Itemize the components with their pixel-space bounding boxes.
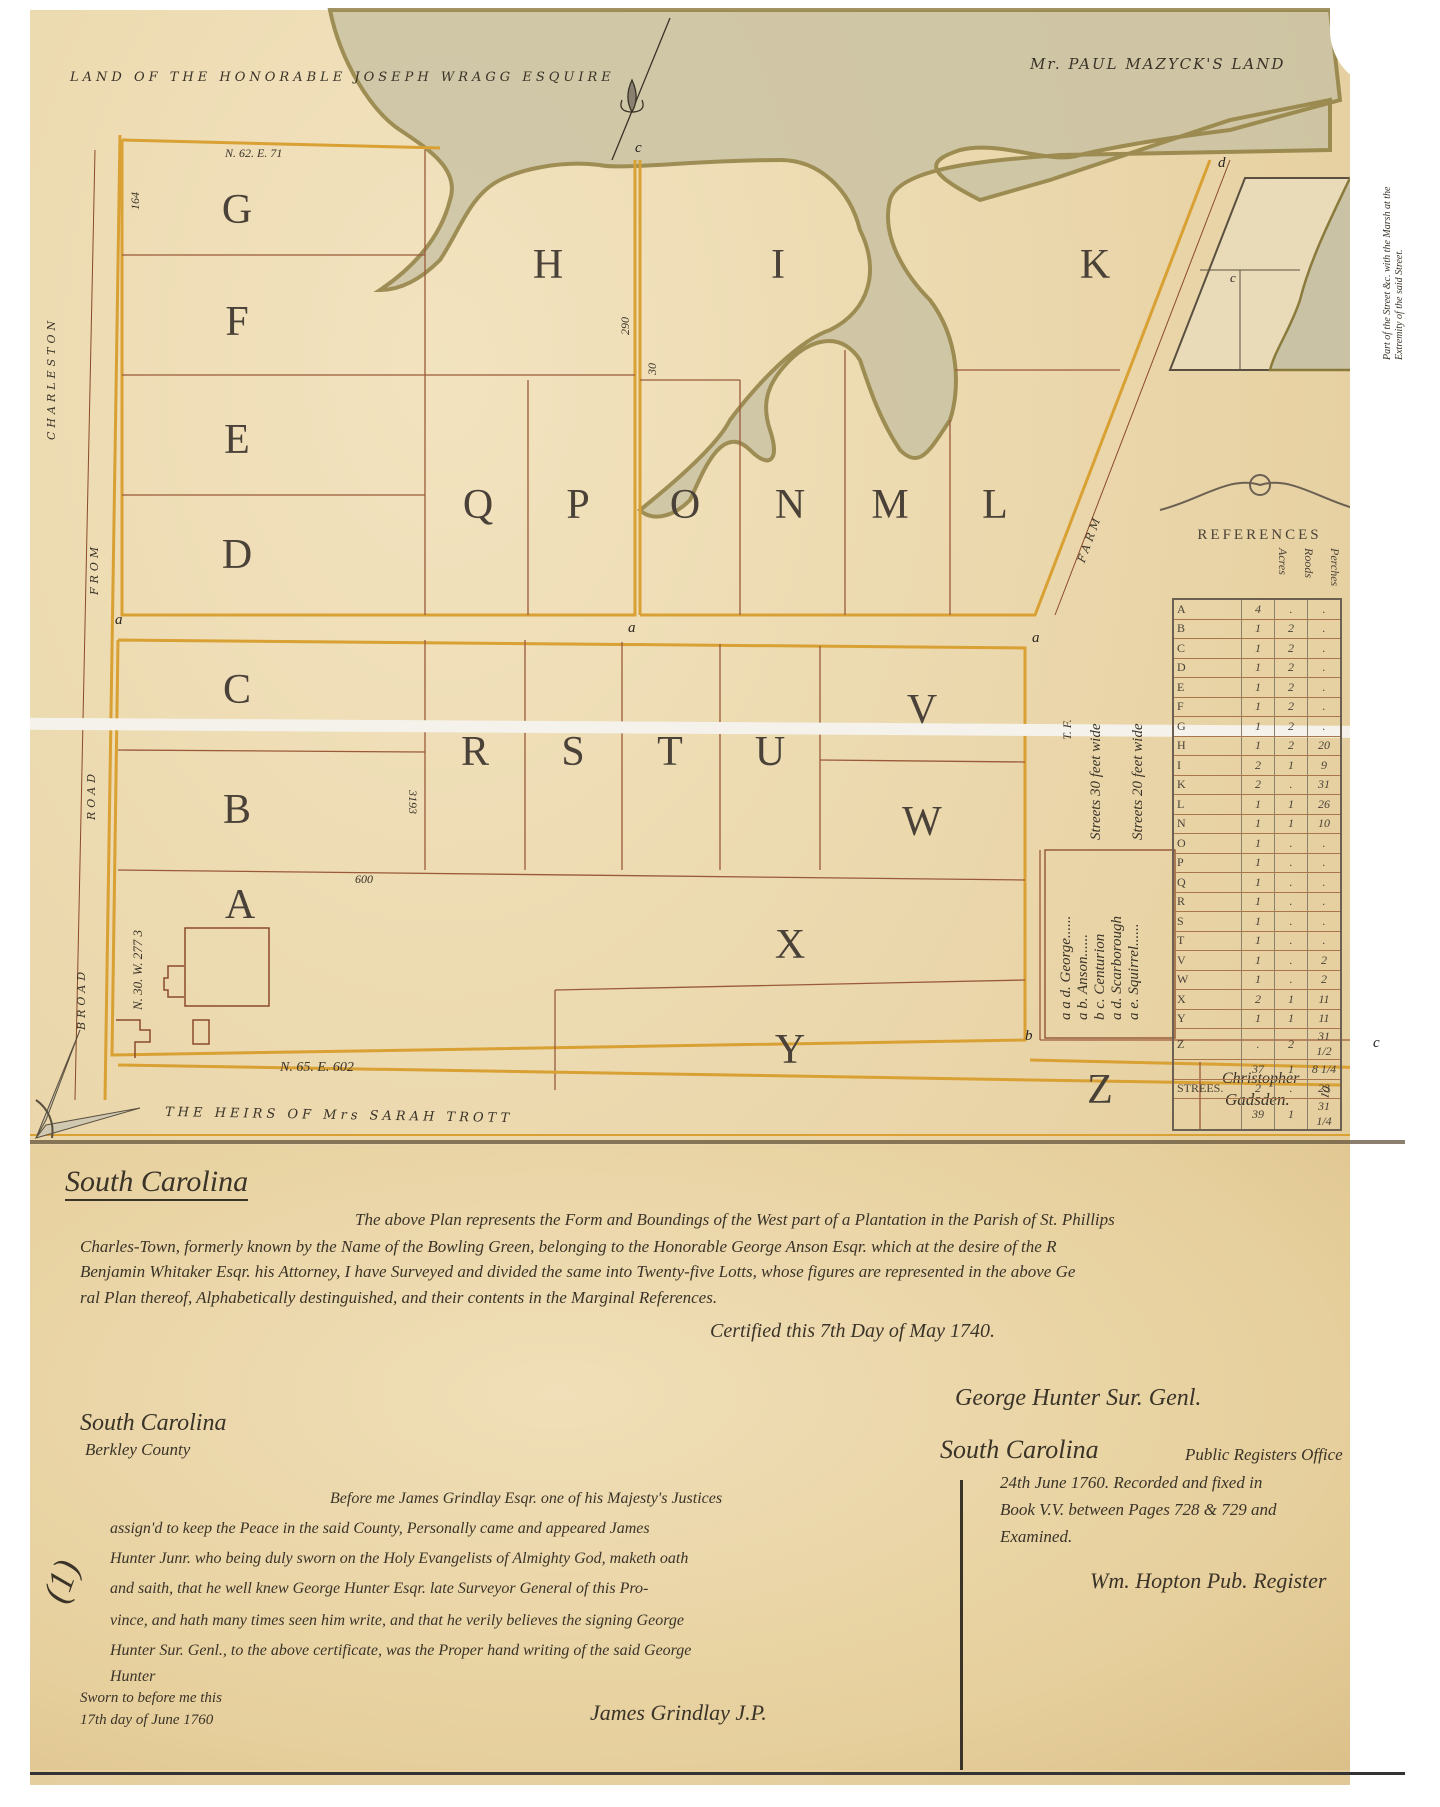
road-label-broad: BROAD — [75, 968, 88, 1030]
ref-cell-label: G — [1173, 717, 1242, 737]
ref-cell-label: T — [1173, 931, 1242, 951]
references-row: W1.2 — [1173, 970, 1341, 990]
registry-line: Examined. — [1000, 1527, 1072, 1547]
ref-cell-perches: . — [1308, 619, 1342, 639]
lot-label: G — [222, 186, 252, 234]
ref-cell-label: Y — [1173, 1009, 1242, 1029]
certificate-heading: South Carolina — [65, 1165, 248, 1201]
ref-cell-label: N — [1173, 814, 1242, 834]
references-row: T1.. — [1173, 931, 1341, 951]
affidavit-line: Hunter Junr. who being duly sworn on the… — [110, 1550, 688, 1568]
ref-cell-acres: 2 — [1242, 756, 1275, 776]
ref-cell-acres: 4 — [1242, 599, 1275, 619]
ref-cell-perches: 8 1/4 — [1308, 1060, 1342, 1080]
fold-line — [30, 1140, 1405, 1144]
ref-cell-acres: 1 — [1242, 697, 1275, 717]
ref-cell-roods: 2 — [1275, 1029, 1308, 1060]
references-row: F12. — [1173, 697, 1341, 717]
references-row: G12. — [1173, 717, 1341, 737]
lot-label: A — [225, 881, 255, 929]
references-row: D12. — [1173, 658, 1341, 678]
affidavit-line: and saith, that he well knew George Hunt… — [110, 1580, 648, 1598]
ref-cell-roods: 2 — [1275, 736, 1308, 756]
sworn-line-2: 17th day of June 1760 — [80, 1712, 213, 1729]
references-subtotal-row: 3718 1/4 — [1173, 1060, 1341, 1080]
ref-cell-roods: . — [1275, 970, 1308, 990]
affidavit-line: assign'd to keep the Peace in the said C… — [110, 1520, 650, 1538]
sworn-line-1: Sworn to before me this — [80, 1690, 222, 1707]
ref-cell-acres: 37 — [1242, 1060, 1275, 1080]
ref-cell-perches: . — [1308, 892, 1342, 912]
ref-cell-roods: 1 — [1275, 1060, 1308, 1080]
ref-cell-label: F — [1173, 697, 1242, 717]
street-point-a-east: a — [1032, 630, 1040, 647]
road-label-road: ROAD — [85, 770, 98, 820]
ref-cell-acres: 1 — [1242, 619, 1275, 639]
lot-label: Q — [463, 481, 493, 529]
references-row: K2.31 — [1173, 775, 1341, 795]
references-row: L1126 — [1173, 795, 1341, 815]
references-row: Y1111 — [1173, 1009, 1341, 1029]
ref-cell-perches: 2 — [1308, 970, 1342, 990]
col-acres: Acres — [1275, 548, 1290, 575]
ref-cell-perches: . — [1308, 639, 1342, 659]
ref-cell-perches: . — [1308, 599, 1342, 619]
ref-cell-label: R — [1173, 892, 1242, 912]
affidavit-line: Hunter Sur. Genl., to the above certific… — [110, 1642, 691, 1660]
ref-cell-label: Z — [1173, 1029, 1242, 1060]
lot-label: I — [771, 241, 785, 289]
lot-label: H — [533, 241, 563, 289]
certified-date: Certified this 7th Day of May 1740. — [710, 1320, 995, 1343]
ref-cell-perches: 31 — [1308, 775, 1342, 795]
references-row: X2111 — [1173, 990, 1341, 1010]
ref-cell-acres: . — [1242, 1029, 1275, 1060]
lot-r-side: 3193 — [405, 790, 420, 814]
references-row: Z.231 1/2 — [1173, 1029, 1341, 1060]
ref-cell-roods: 2 — [1275, 678, 1308, 698]
registry-office: Public Registers Office — [1185, 1445, 1343, 1465]
lot-label: F — [225, 298, 248, 346]
ref-cell-roods: 1 — [1275, 795, 1308, 815]
ref-cell-acres: 1 — [1242, 795, 1275, 815]
ref-cell-acres: 1 — [1242, 736, 1275, 756]
ref-cell-roods: . — [1275, 912, 1308, 932]
registrar-signature: Wm. Hopton Pub. Register — [1090, 1568, 1326, 1594]
lot-label: M — [871, 481, 908, 529]
certificate-line: ral Plan thereof, Alphabetically desting… — [80, 1288, 717, 1308]
references-row: H1220 — [1173, 736, 1341, 756]
references-row: I219 — [1173, 756, 1341, 776]
lot-label: U — [755, 728, 785, 776]
affidavit-county: Berkley County — [85, 1440, 190, 1460]
ref-cell-label: B — [1173, 619, 1242, 639]
lot-label: X — [775, 921, 805, 969]
ref-cell-label: P — [1173, 853, 1242, 873]
ref-cell-acres: 2 — [1242, 990, 1275, 1010]
references-row: P1.. — [1173, 853, 1341, 873]
ref-cell-perches: 2 — [1308, 951, 1342, 971]
references-title: REFERENCES — [1172, 527, 1347, 544]
lot-label: P — [566, 481, 589, 529]
ref-cell-roods: . — [1275, 1079, 1308, 1099]
affidavit-heading: South Carolina — [80, 1410, 226, 1437]
lot-label: N — [775, 481, 805, 529]
ref-cell-roods: 2 — [1275, 658, 1308, 678]
references-streets-row: STREES.2.23 — [1173, 1079, 1341, 1099]
references-row: A4.. — [1173, 599, 1341, 619]
ref-cell-roods: 2 — [1275, 639, 1308, 659]
ref-cell-perches: . — [1308, 873, 1342, 893]
ref-cell-perches: 20 — [1308, 736, 1342, 756]
ref-cell-perches: . — [1308, 853, 1342, 873]
divider-line — [960, 1480, 963, 1770]
street-legend-item: a d. Scarborough — [1109, 916, 1126, 1020]
streets-20-feet: Streets 20 feet wide — [1130, 724, 1147, 841]
ref-cell-label: O — [1173, 834, 1242, 854]
ref-cell-acres: 1 — [1242, 873, 1275, 893]
lot-label: T — [657, 728, 683, 776]
ref-cell-roods: 1 — [1275, 814, 1308, 834]
certificate-line: Charles-Town, formerly known by the Name… — [80, 1237, 1056, 1257]
ref-cell-label: V — [1173, 951, 1242, 971]
registry-line: 24th June 1760. Recorded and fixed in — [1000, 1473, 1262, 1493]
ref-cell-acres: 1 — [1242, 912, 1275, 932]
lot-label: K — [1080, 241, 1110, 289]
street-legend-item: a e. Squirrel...... — [1126, 923, 1143, 1020]
ref-cell-roods: 1 — [1275, 1099, 1308, 1131]
boundary-north-east: Mr. PAUL MAZYCK'S LAND — [1030, 55, 1285, 73]
ref-cell-label — [1173, 1099, 1242, 1131]
street-point-b: b — [1025, 1028, 1033, 1045]
ref-cell-acres: 1 — [1242, 970, 1275, 990]
ref-cell-acres: 2 — [1242, 1079, 1275, 1099]
bearing-west-top: 164 — [128, 192, 143, 210]
street-point-d: d — [1218, 155, 1226, 172]
col-perches: Perches — [1327, 548, 1342, 586]
ref-cell-perches: . — [1308, 658, 1342, 678]
lot-label: C — [223, 666, 251, 714]
boundary-north-west: LAND OF THE HONORABLE JOSEPH WRAGG ESQUI… — [70, 70, 615, 85]
ref-cell-label: X — [1173, 990, 1242, 1010]
ref-cell-label: K — [1173, 775, 1242, 795]
lot-label: S — [561, 728, 584, 776]
ref-cell-perches: . — [1308, 678, 1342, 698]
bottom-border — [30, 1772, 1405, 1775]
references-row: B12. — [1173, 619, 1341, 639]
ref-cell-label: L — [1173, 795, 1242, 815]
lot-label: W — [902, 798, 942, 846]
ref-cell-roods: . — [1275, 834, 1308, 854]
ref-cell-acres: 1 — [1242, 814, 1275, 834]
references-total-row: 39131 1/4 — [1173, 1099, 1341, 1131]
surveyor-signature: George Hunter Sur. Genl. — [955, 1385, 1201, 1412]
ref-cell-perches: 31 1/2 — [1308, 1029, 1342, 1060]
ref-cell-perches: . — [1308, 717, 1342, 737]
ref-cell-label: E — [1173, 678, 1242, 698]
ref-cell-label: W — [1173, 970, 1242, 990]
ref-cell-perches: 11 — [1308, 1009, 1342, 1029]
references-row: O1.. — [1173, 834, 1341, 854]
road-label-from: FROM — [88, 543, 101, 595]
ref-cell-acres: 1 — [1242, 834, 1275, 854]
ref-cell-label: Q — [1173, 873, 1242, 893]
ref-cell-roods: . — [1275, 853, 1308, 873]
middle-row-length: 600 — [355, 872, 373, 887]
references-row: Q1.. — [1173, 873, 1341, 893]
streets-30-feet: Streets 30 feet wide — [1088, 724, 1105, 841]
ref-cell-acres: 1 — [1242, 717, 1275, 737]
lot-label: R — [461, 728, 489, 776]
compass-rose-icon — [36, 1030, 140, 1138]
bearing-north: N. 62. E. 71 — [225, 146, 282, 161]
ref-cell-acres: 1 — [1242, 892, 1275, 912]
ref-cell-label: D — [1173, 658, 1242, 678]
ref-cell-roods: . — [1275, 951, 1308, 971]
ref-cell-acres: 1 — [1242, 678, 1275, 698]
ref-cell-label: C — [1173, 639, 1242, 659]
street-legend-side-label: T. F. — [1060, 719, 1075, 740]
lot-label: Y — [775, 1026, 805, 1074]
registry-line: Book V.V. between Pages 728 & 729 and — [1000, 1500, 1277, 1520]
ref-cell-roods: 2 — [1275, 619, 1308, 639]
ref-cell-roods: 1 — [1275, 756, 1308, 776]
ref-cell-perches: 31 1/4 — [1308, 1099, 1342, 1131]
ref-cell-roods: . — [1275, 931, 1308, 951]
ref-cell-perches: 26 — [1308, 795, 1342, 815]
ref-cell-label: S — [1173, 912, 1242, 932]
ref-cell-acres: 1 — [1242, 951, 1275, 971]
ref-cell-perches: 10 — [1308, 814, 1342, 834]
ref-cell-acres: 1 — [1242, 639, 1275, 659]
ref-cell-perches: . — [1308, 912, 1342, 932]
ref-cell-roods: 1 — [1275, 990, 1308, 1010]
ref-cell-label: STREES. — [1173, 1079, 1242, 1099]
street-legend-item: b c. Centurion — [1092, 934, 1109, 1020]
inset-point-c: c — [1230, 270, 1236, 286]
affidavit-line: Hunter — [110, 1668, 155, 1686]
ref-cell-perches: . — [1308, 931, 1342, 951]
bearing-west: N. 30. W. 277 3 — [130, 930, 146, 1010]
street-c-small: 30 — [645, 363, 660, 375]
ref-cell-roods: . — [1275, 775, 1308, 795]
road-label-charleston: CHARLESTON — [45, 317, 58, 440]
lot-label: Z — [1087, 1066, 1113, 1114]
street-point-c-north: c — [635, 140, 642, 157]
references-row: S1.. — [1173, 912, 1341, 932]
references-row: C12. — [1173, 639, 1341, 659]
lot-label: V — [907, 686, 937, 734]
ref-cell-acres: 1 — [1242, 658, 1275, 678]
street-legend-item: a b. Anson...... — [1075, 934, 1092, 1020]
references-row: R1.. — [1173, 892, 1341, 912]
ref-cell-label: I — [1173, 756, 1242, 776]
ref-cell-acres: 2 — [1242, 775, 1275, 795]
registry-heading: South Carolina — [940, 1435, 1099, 1465]
ref-cell-perches: 11 — [1308, 990, 1342, 1010]
ref-cell-perches: 23 — [1308, 1079, 1342, 1099]
lot-label: B — [223, 786, 251, 834]
street-point-a-center: a — [628, 620, 636, 637]
lot-label: D — [222, 531, 252, 579]
references-row: V1.2 — [1173, 951, 1341, 971]
ref-cell-roods: 2 — [1275, 717, 1308, 737]
lot-label: E — [224, 416, 250, 464]
ref-cell-label — [1173, 1060, 1242, 1080]
col-roods: Roods — [1301, 548, 1316, 578]
ref-cell-acres: 1 — [1242, 931, 1275, 951]
lot-label: O — [670, 481, 700, 529]
ref-cell-acres: 1 — [1242, 853, 1275, 873]
bearing-south: N. 65. E. 602 — [280, 1060, 354, 1076]
references-row: N1110 — [1173, 814, 1341, 834]
ref-cell-acres: 1 — [1242, 1009, 1275, 1029]
inset-caption: Part of the Street &c. with the Marsh at… — [1382, 175, 1406, 360]
ref-cell-label: A — [1173, 599, 1242, 619]
ref-cell-roods: 2 — [1275, 697, 1308, 717]
affidavit-line: vince, and hath many times seen him writ… — [110, 1612, 684, 1630]
lot-label: L — [982, 481, 1008, 529]
certificate-line: The above Plan represents the Form and B… — [355, 1210, 1115, 1230]
justice-signature: James Grindlay J.P. — [590, 1700, 767, 1726]
street-point-a-west: a — [115, 612, 123, 629]
ref-cell-perches: . — [1308, 834, 1342, 854]
ref-cell-label: H — [1173, 736, 1242, 756]
references-row: E12. — [1173, 678, 1341, 698]
ref-cell-roods: . — [1275, 892, 1308, 912]
ref-cell-roods: . — [1275, 599, 1308, 619]
ref-cell-roods: 1 — [1275, 1009, 1308, 1029]
references-table: A4..B12.C12.D12.E12.F12.G12.H1220I219K2.… — [1172, 598, 1342, 1131]
ref-cell-perches: . — [1308, 697, 1342, 717]
street-point-c-east: c — [1373, 1035, 1380, 1052]
ref-cell-roods: . — [1275, 873, 1308, 893]
ref-cell-perches: 9 — [1308, 756, 1342, 776]
ref-cell-acres: 39 — [1242, 1099, 1275, 1131]
street-legend-item: a a d. George...... — [1058, 916, 1075, 1020]
street-c-length: 290 — [618, 317, 633, 335]
certificate-line: Benjamin Whitaker Esqr. his Attorney, I … — [80, 1262, 1075, 1282]
affidavit-line: Before me James Grindlay Esqr. one of hi… — [330, 1490, 722, 1508]
